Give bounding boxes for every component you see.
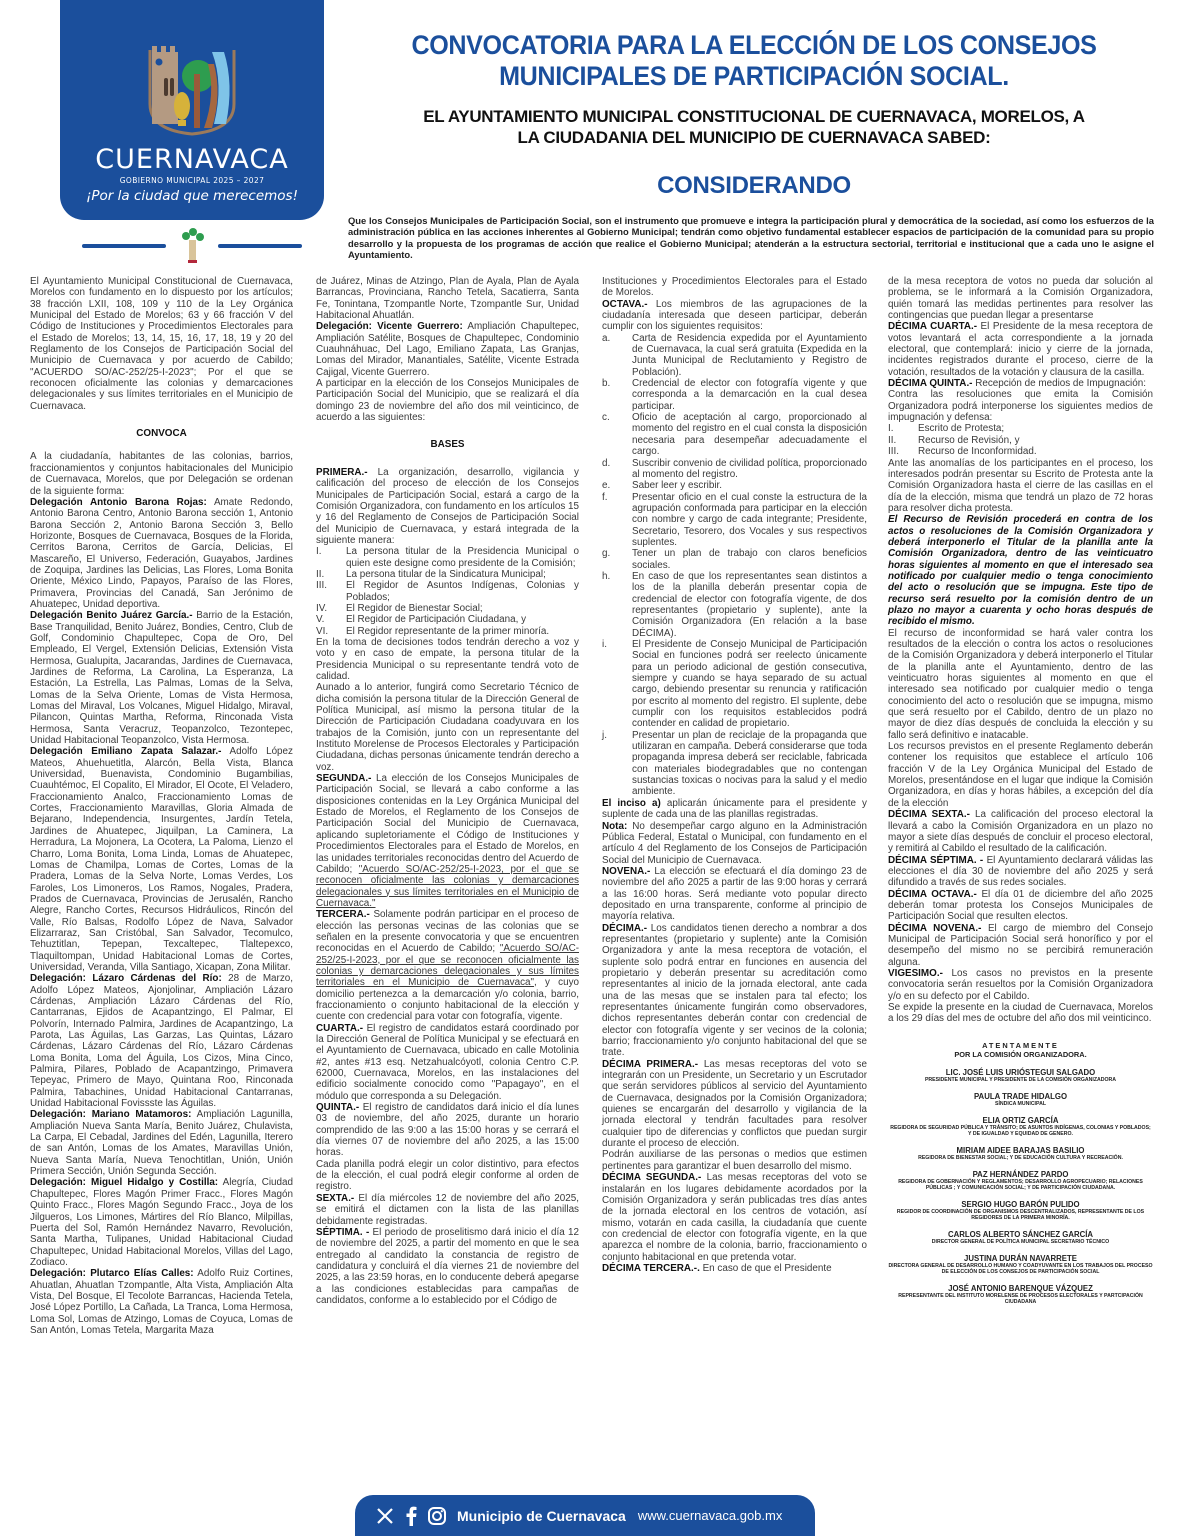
base-label: SEGUNDA.-	[316, 773, 371, 784]
delegacion-name: Delegación Antonio Barona Rojas:	[30, 497, 207, 508]
base-decima-sexta: DÉCIMA SEXTA.- La calificación del proce…	[888, 809, 1153, 854]
base-text: El registro de candidatos estará coordin…	[316, 1023, 579, 1102]
commission-member: V.El Regidor de Participación Ciudadana,…	[316, 614, 579, 625]
list-text: El Presidente de Consejo Municipal de Pa…	[632, 639, 867, 730]
base-novena: NOVENA.- La elección se efectuará el día…	[602, 866, 867, 923]
auxiliarse-paragraph: Podrán auxiliarse de las personas o medi…	[602, 1149, 867, 1172]
delegacion-paragraph: Delegación: Lázaro Cárdenas del Río: 28 …	[30, 973, 293, 1109]
signer-role: SÍNDICA MUNICIPAL	[888, 1101, 1153, 1107]
logo-panel: CUERNAVACA GOBIERNO MUNICIPAL 2025 – 202…	[60, 0, 324, 220]
medio-impugnacion: I.Escrito de Protesta;	[888, 423, 1153, 434]
inciso-label: El inciso a)	[602, 798, 661, 809]
list-number: V.	[316, 614, 346, 625]
signer-name: CARLOS ALBERTO SÁNCHEZ GARCÍA	[888, 1230, 1153, 1239]
list-letter: a.	[602, 333, 632, 378]
list-letter: g.	[602, 548, 632, 571]
base-label: CUARTA.-	[316, 1023, 363, 1034]
signer-role: REPRESENTANTE DEL INSTITUTO MORELENSE DE…	[888, 1293, 1153, 1305]
delegacion-paragraph: Delegación: Vicente Guerrero: Ampliación…	[316, 321, 579, 378]
list-letter: d.	[602, 458, 632, 481]
list-text: Recurso de Revisión, y	[918, 435, 1153, 446]
list-letter: j.	[602, 730, 632, 798]
anomalias-paragraph: Ante las anomalías de los participantes …	[888, 458, 1153, 515]
bases-heading: BASES	[316, 439, 579, 450]
considerando-text: Que los Consejos Municipales de Particip…	[348, 215, 1154, 261]
signer-name: PAZ HERNÁNDEZ PARDO	[888, 1170, 1153, 1179]
inciso-paragraph: El inciso a) aplicarán únicamente para e…	[602, 798, 867, 821]
base-label: VIGESIMO.-	[888, 968, 943, 979]
delegacion-name: Delegación: Lázaro Cárdenas del Río:	[30, 973, 222, 984]
base-label: SEXTA.-	[316, 1193, 354, 1204]
requisito-item: h.En caso de que los representantes sean…	[602, 571, 867, 639]
signer: LIC. JOSÉ LUIS URIÓSTEGUI SALGADOPRESIDE…	[888, 1068, 1153, 1083]
decisiones-paragraph: En la toma de decisiones todos tendrán d…	[316, 637, 579, 682]
considerando-heading: CONSIDERANDO	[340, 172, 1168, 200]
list-text: Presentar oficio en el cual conste la es…	[632, 492, 867, 549]
base-text: La organización, desarrollo, vigilancia …	[316, 467, 579, 546]
list-text: En caso de que los representantes sean d…	[632, 571, 867, 639]
signature-block: ATENTAMENTE POR LA COMISIÓN ORGANIZADORA…	[888, 1041, 1153, 1305]
delegacion-colonias: Barrio de la Estación, Base Tranquilidad…	[30, 610, 293, 746]
signer-name: PAULA TRADE HIDALGO	[888, 1092, 1153, 1101]
base-text: Recepción de medios de Impugnación:	[972, 378, 1145, 389]
planilla-paragraph: Cada planilla podrá elegir un color dist…	[316, 1159, 579, 1193]
signer-name: JUSTINA DURÁN NAVARRETE	[888, 1254, 1153, 1263]
requisito-item: f.Presentar oficio en el cual conste la …	[602, 492, 867, 549]
facebook-icon[interactable]	[401, 1506, 421, 1526]
list-text: Carta de Residencia expedida por el Ayun…	[632, 333, 867, 378]
base-tercera: TERCERA.- Solamente podrán participar en…	[316, 909, 579, 1022]
list-text: Saber leer y escribir.	[632, 480, 867, 491]
base-label: DÉCIMA SÉPTIMA. -	[888, 855, 983, 866]
list-text: Presentar un plan de reciclaje de la pro…	[632, 730, 867, 798]
footer-bar: Municipio de Cuernavaca www.cuernavaca.g…	[355, 1495, 815, 1536]
base-decima-quinta: DÉCIMA QUINTA.- Recepción de medios de I…	[888, 378, 1153, 389]
signer-name: ELIA ORTIZ GARCÍA	[888, 1116, 1153, 1125]
requisito-item: b.Credencial de elector con fotografía v…	[602, 378, 867, 412]
list-number: I.	[316, 546, 346, 569]
signer: PAZ HERNÁNDEZ PARDOREGIDORA DE GOBERNACI…	[888, 1170, 1153, 1191]
delegacion-colonias: Alegría, Ciudad Chapultepec, Flores Magó…	[30, 1177, 293, 1267]
signer: JOSÉ ANTONIO BARENQUE VÁZQUEZREPRESENTAN…	[888, 1284, 1153, 1305]
list-number: I.	[888, 423, 918, 434]
list-text: El Regidor de Participación Ciudadana, y	[346, 614, 579, 625]
ornament-divider	[82, 228, 302, 264]
signer: ELIA ORTIZ GARCÍAREGIDORA DE SEGURIDAD P…	[888, 1116, 1153, 1137]
recurso-revision-paragraph: El Recurso de Revisión procederá en cont…	[888, 514, 1153, 627]
list-number: VI.	[316, 626, 346, 637]
signer-role: REGIDORA DE SEGURIDAD PÚBLICA Y TRÁNSITO…	[888, 1125, 1153, 1137]
signer-role: REGIDORA DE GOBERNACIÓN Y REGLAMENTOS; D…	[888, 1179, 1153, 1191]
requisito-item: g.Tener un plan de trabajo con claros be…	[602, 548, 867, 571]
x-icon[interactable]	[375, 1506, 395, 1526]
divider-line	[82, 244, 166, 248]
base-text: En caso de que el Presidente	[700, 1263, 832, 1274]
delegacion-colonias: Amate Redondo, Antonio Barona Centro, An…	[30, 497, 293, 610]
participar-paragraph: A participar en la elección de los Conse…	[316, 378, 579, 423]
signer-name: LIC. JOSÉ LUIS URIÓSTEGUI SALGADO	[888, 1068, 1153, 1077]
base-text: La elección de los Consejos Municipales …	[316, 773, 579, 875]
document-title-line-2: MUNICIPALES DE PARTICIPACIÓN SOCIAL.	[369, 61, 1139, 92]
base-label: NOVENA.-	[602, 866, 650, 877]
list-letter: h.	[602, 571, 632, 639]
signer-name: JOSÉ ANTONIO BARENQUE VÁZQUEZ	[888, 1284, 1153, 1293]
base-label: DÉCIMA TERCERA.-.	[602, 1263, 700, 1274]
base-label: SÉPTIMA. -	[316, 1227, 369, 1238]
footer-website-link[interactable]: www.cuernavaca.gob.mx	[638, 1508, 783, 1523]
requisito-item: i.El Presidente de Consejo Municipal de …	[602, 639, 867, 730]
nota-label: Nota:	[602, 821, 627, 832]
signer: PAULA TRADE HIDALGOSÍNDICA MUNICIPAL	[888, 1092, 1153, 1107]
delegacion-name: Delegación: Plutarco Elías Calles:	[30, 1268, 194, 1279]
signer: JUSTINA DURÁN NAVARRETEDIRECTORA GENERAL…	[888, 1254, 1153, 1275]
atentamente-heading: ATENTAMENTE	[888, 1041, 1153, 1050]
base-label: DÉCIMA NOVENA.-	[888, 923, 981, 934]
list-text: La persona titular de la Presidencia Mun…	[346, 546, 579, 569]
base-septima: SÉPTIMA. - El periodo de proselitismo da…	[316, 1227, 579, 1306]
signer-name: SERGIO HUGO BARÓN PULIDO	[888, 1200, 1153, 1209]
nota-paragraph: Nota: No desempeñar cargo alguno en la A…	[602, 821, 867, 866]
decima-tercera-continuation: de la mesa receptora de votos no pueda d…	[888, 276, 1153, 321]
convoca-heading: CONVOCA	[30, 428, 293, 439]
commission-member: III.El Regidor de Asuntos Indígenas, Col…	[316, 580, 579, 603]
list-text: Suscribir convenio de civilidad política…	[632, 458, 867, 481]
base-decima-primera: DÉCIMA PRIMERA.- Las mesas receptoras de…	[602, 1059, 867, 1150]
delegacion-name: Delegación Emiliano Zapata Salazar.-	[30, 746, 221, 757]
list-number: III.	[888, 446, 918, 457]
cuernavaca-crest-icon	[144, 44, 240, 136]
commission-member: I.La persona titular de la Presidencia M…	[316, 546, 579, 569]
base-quinta: QUINTA.- El registro de candidatos dará …	[316, 1102, 579, 1159]
subtitle-line-2: LA CIUDADANIA DEL MUNICIPIO DE CUERNAVAC…	[340, 127, 1168, 148]
list-number: II.	[888, 435, 918, 446]
commission-member: II.La persona titular de la Sindicatura …	[316, 569, 579, 580]
requisito-item: e.Saber leer y escribir.	[602, 480, 867, 491]
tree-icon	[177, 228, 207, 264]
preamble-paragraph: El Ayuntamiento Municipal Constitucional…	[30, 276, 293, 412]
base-decima-tercera: DÉCIMA TERCERA.-. En caso de que el Pres…	[602, 1263, 867, 1274]
delegacion-name: Delegación: Mariano Matamoros:	[30, 1109, 191, 1120]
list-text: El Regidor representante de la primer mi…	[346, 626, 579, 637]
list-text: El Regidor de Asuntos Indígenas, Colonia…	[346, 580, 579, 603]
base-label: DÉCIMA SEGUNDA.-	[602, 1172, 701, 1183]
base-primera: PRIMERA.- La organización, desarrollo, v…	[316, 467, 579, 546]
medio-impugnacion: II.Recurso de Revisión, y	[888, 435, 1153, 446]
signer: CARLOS ALBERTO SÁNCHEZ GARCÍADIRECTOR GE…	[888, 1230, 1153, 1245]
signer-role: REGIDORA DE BIENESTAR SOCIAL; Y DE EDUCA…	[888, 1155, 1153, 1161]
delegacion-paragraph: Delegación Benito Juárez García.- Barrio…	[30, 610, 293, 746]
column-4: de la mesa receptora de votos no pueda d…	[888, 276, 1153, 1305]
column-3: Instituciones y Procedimientos Electoral…	[602, 276, 867, 1274]
convoca-paragraph: A la ciudadanía, habitantes de las colon…	[30, 451, 293, 496]
delegacion-name: Delegación: Vicente Guerrero:	[316, 321, 463, 332]
logo-government-period: GOBIERNO MUNICIPAL 2025 – 2027	[120, 176, 265, 185]
base-label: DÉCIMA CUARTA.-	[888, 321, 977, 332]
recurso-inconformidad-paragraph: El recurso de inconformidad se hará vale…	[888, 628, 1153, 741]
base-decima: DÉCIMA.- Los candidatos tienen derecho a…	[602, 923, 867, 1059]
list-number: IV.	[316, 603, 346, 614]
list-text: Tener un plan de trabajo con claros bene…	[632, 548, 867, 571]
base-vigesimo: VIGESIMO.- Los casos no previstos en la …	[888, 968, 1153, 1002]
nota-text: No desempeñar cargo alguno en la Adminis…	[602, 821, 867, 866]
base-decima-octava: DÉCIMA OCTAVA.- El día 01 de diciembre d…	[888, 889, 1153, 923]
base-label: TERCERA.-	[316, 909, 370, 920]
base-text: El día miércoles 12 de noviembre del año…	[316, 1193, 579, 1227]
requisito-item: c.Oficio de aceptación al cargo, proporc…	[602, 412, 867, 457]
base-label: DÉCIMA SEXTA.-	[888, 809, 970, 820]
document-title-line-1: CONVOCATORIA PARA LA ELECCIÓN DE LOS CON…	[369, 30, 1139, 61]
delegacion-paragraph: Delegación Emiliano Zapata Salazar.- Ado…	[30, 746, 293, 973]
footer-municipality-name: Municipio de Cuernavaca	[457, 1508, 626, 1524]
delegacion-paragraph: Delegación: Plutarco Elías Calles: Adolf…	[30, 1268, 293, 1336]
base-text: Las mesas receptoras del voto se integra…	[602, 1059, 867, 1149]
base-decima-septima: DÉCIMA SÉPTIMA. - El Ayuntamiento declar…	[888, 855, 1153, 889]
logo-city-name: CUERNAVACA	[95, 144, 288, 175]
signer: MIRIAM AIDEE BARAJAS BASILIOREGIDORA DE …	[888, 1146, 1153, 1161]
secretario-paragraph: Aunado a lo anterior, fungirá como Secre…	[316, 682, 579, 773]
base-label: DÉCIMA PRIMERA.-	[602, 1059, 698, 1070]
instagram-icon[interactable]	[427, 1506, 447, 1526]
list-number: III.	[316, 580, 346, 603]
base-text: El periodo de proselitismo dará inicio e…	[316, 1227, 579, 1306]
base-segunda: SEGUNDA.- La elección de los Consejos Mu…	[316, 773, 579, 909]
base-octava: OCTAVA.- Los miembros de las agrupacione…	[602, 299, 867, 333]
base-decima-segunda: DÉCIMA SEGUNDA.- Las mesas receptoras de…	[602, 1172, 867, 1263]
base-label: QUINTA.-	[316, 1102, 359, 1113]
requisito-item: a.Carta de Residencia expedida por el Ay…	[602, 333, 867, 378]
commission-member: IV.El Regidor de Bienestar Social;	[316, 603, 579, 614]
septima-continuation: Instituciones y Procedimientos Electoral…	[602, 276, 867, 299]
list-letter: e.	[602, 480, 632, 491]
base-decima-novena: DÉCIMA NOVENA.- El cargo de miembro del …	[888, 923, 1153, 968]
base-label: OCTAVA.-	[602, 299, 648, 310]
list-text: Credencial de elector con fotografía vig…	[632, 378, 867, 412]
divider-line	[218, 244, 302, 248]
requisito-item: j.Presentar un plan de reciclaje de la p…	[602, 730, 867, 798]
medio-impugnacion: III.Recurso de Inconformidad.	[888, 446, 1153, 457]
document-header: CONVOCATORIA PARA LA ELECCIÓN DE LOS CON…	[340, 30, 1168, 200]
list-letter: f.	[602, 492, 632, 549]
column-2: de Juárez, Minas de Atzingo, Plan de Aya…	[316, 276, 579, 1306]
base-label: DÉCIMA.-	[602, 923, 647, 934]
signer: SERGIO HUGO BARÓN PULIDOREGIDOR DE COORD…	[888, 1200, 1153, 1221]
list-letter: i.	[602, 639, 632, 730]
base-cuarta: CUARTA.- El registro de candidatos estar…	[316, 1023, 579, 1102]
base-label: DÉCIMA OCTAVA.-	[888, 889, 977, 900]
base-sexta: SEXTA.- El día miércoles 12 de noviembre…	[316, 1193, 579, 1227]
base-label: PRIMERA.-	[316, 467, 368, 478]
list-number: II.	[316, 569, 346, 580]
requisito-item: d.Suscribir convenio de civilidad políti…	[602, 458, 867, 481]
delegacion-name: Delegación: Miguel Hidalgo y Costilla:	[30, 1177, 218, 1188]
delegacion-name: Delegación Benito Juárez García.-	[30, 610, 193, 621]
delegacion-paragraph: Delegación Antonio Barona Rojas: Amate R…	[30, 497, 293, 610]
list-text: Escrito de Protesta;	[918, 423, 1153, 434]
signer-role: REGIDOR DE COORDINACIÓN DE ORGANISMOS DE…	[888, 1209, 1153, 1221]
delegacion-colonias: Adolfo López Mateos, Ahuehuetitla, Alarc…	[30, 746, 293, 973]
signer-role: DIRECTOR GENERAL DE POLÍTICA MUNICIPAL S…	[888, 1239, 1153, 1245]
column-1: El Ayuntamiento Municipal Constitucional…	[30, 276, 293, 1336]
commission-member: VI.El Regidor representante de la primer…	[316, 626, 579, 637]
signer-role: DIRECTORA GENERAL DE DESARROLLO HUMANO Y…	[888, 1263, 1153, 1275]
contra-paragraph: Contra las resoluciones que emita la Com…	[888, 389, 1153, 423]
subtitle-line-1: EL AYUNTAMIENTO MUNICIPAL CONSTITUCIONAL…	[340, 106, 1168, 127]
list-text: Oficio de aceptación al cargo, proporcio…	[632, 412, 867, 457]
base-label: DÉCIMA QUINTA.-	[888, 378, 972, 389]
logo-slogan: ¡Por la ciudad que merecemos!	[86, 188, 298, 204]
list-text: El Regidor de Bienestar Social;	[346, 603, 579, 614]
signer-role: PRESIDENTE MUNICIPAL Y PRESIDENTE DE LA …	[888, 1077, 1153, 1083]
list-text: La persona titular de la Sindicatura Mun…	[346, 569, 579, 580]
list-text: Recurso de Inconformidad.	[918, 446, 1153, 457]
expide-paragraph: Se expide la presente en la ciudad de Cu…	[888, 1002, 1153, 1025]
list-letter: b.	[602, 378, 632, 412]
delegacion-colonias: 28 de Marzo, Adolfo López Mateos, Ajonjo…	[30, 973, 293, 1109]
base-decima-cuarta: DÉCIMA CUARTA.- El Presidente de la mesa…	[888, 321, 1153, 378]
list-letter: c.	[602, 412, 632, 457]
base-text: Los candidatos tienen derecho a nombrar …	[602, 923, 867, 1059]
delegacion-paragraph: Delegación: Mariano Matamoros: Ampliació…	[30, 1109, 293, 1177]
delegacion-paragraph: Delegación: Miguel Hidalgo y Costilla: A…	[30, 1177, 293, 1268]
recursos-paragraph: Los recursos previstos en el presente Re…	[888, 741, 1153, 809]
comision-heading: POR LA COMISIÓN ORGANIZADORA.	[888, 1050, 1153, 1059]
signer-name: MIRIAM AIDEE BARAJAS BASILIO	[888, 1146, 1153, 1155]
delegacion-continuation: de Juárez, Minas de Atzingo, Plan de Aya…	[316, 276, 579, 321]
base-text: Las mesas receptoras del voto se instala…	[602, 1172, 867, 1262]
